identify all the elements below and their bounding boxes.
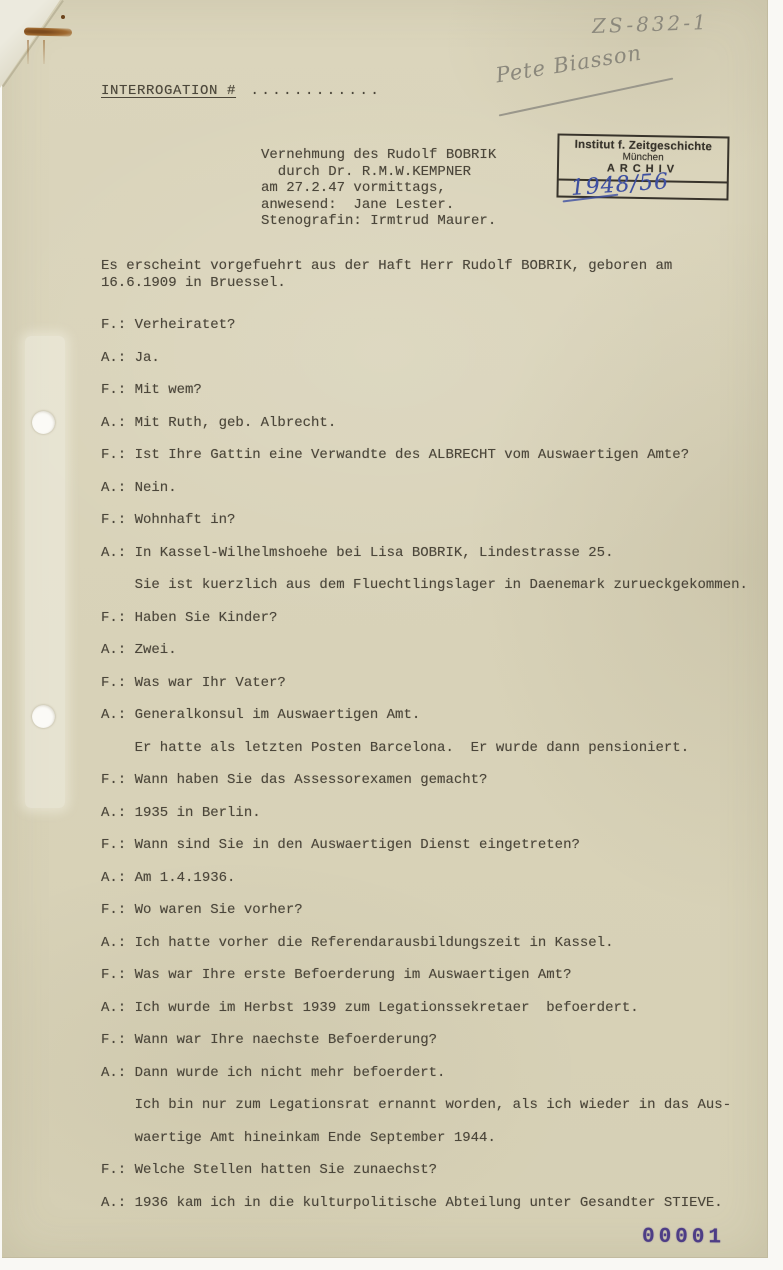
typed-line: Sie ist kuerzlich aus dem Fluechtlingsla… [101,577,748,594]
typed-line: F.: Welche Stellen hatten Sie zunaechst? [101,1162,748,1179]
typed-line: Ich bin nur zum Legationsrat ernannt wor… [101,1097,748,1114]
document-heading: INTERROGATION # ............ [101,83,381,99]
typed-line: A.: Ich wurde im Herbst 1939 zum Legatio… [101,1000,748,1017]
typed-line: F.: Haben Sie Kinder? [101,610,748,627]
header-line: durch Dr. R.M.W.KEMPNER [261,164,496,181]
typed-line: A.: Ich hatte vorher die Referendarausbi… [101,935,748,952]
typed-line: Er hatte als letzten Posten Barcelona. E… [101,740,748,757]
typed-line: waertige Amt hineinkam Ende September 19… [101,1130,748,1147]
rust-drip [43,40,45,64]
typed-line: F.: Wann war Ihre naechste Befoerderung? [101,1032,748,1049]
archive-stamp: Institut f. Zeitgeschichte München ARCHI… [556,134,729,201]
typed-line: A.: Mit Ruth, geb. Albrecht. [101,415,748,432]
typed-line: F.: Verheiratet? [101,317,748,334]
heading-label: INTERROGATION # [101,83,236,99]
archive-ref-handwritten: ZS-832-1 [592,10,710,38]
scanned-document-page: ZS-832-1 Pete Biasson INTERROGATION # ..… [0,0,783,1270]
header-block: Vernehmung des Rudolf BOBRIK durch Dr. R… [261,147,496,230]
typed-line: 16.6.1909 in Bruessel. [101,275,748,292]
rust-drip [27,40,29,64]
rust-dot [61,15,65,19]
qa-lines: F.: Verheiratet?A.: Ja.F.: Mit wem?A.: M… [101,317,748,1212]
typed-line: A.: In Kassel-Wilhelmshoehe bei Lisa BOB… [101,545,748,562]
stamp-number-handwritten: 1948/56 [570,169,670,201]
typed-line: F.: Was war Ihre erste Befoerderung im A… [101,967,748,984]
heading-dots: ............ [250,83,381,99]
typed-line: A.: Zwei. [101,642,748,659]
tape-strip [25,336,65,808]
typed-line: A.: Ja. [101,350,748,367]
typed-line: A.: 1936 kam ich in die kulturpolitische… [101,1195,748,1212]
typed-line: F.: Wohnhaft in? [101,512,748,529]
document-body: Es erscheint vorgefuehrt aus der Haft He… [101,258,748,1212]
header-line: Stenografin: Irmtrud Maurer. [261,213,496,230]
hole-punch-bottom [32,705,55,728]
typed-line: A.: Nein. [101,480,748,497]
typed-line: F.: Wann haben Sie das Assessorexamen ge… [101,772,748,789]
typed-line: F.: Ist Ihre Gattin eine Verwandte des A… [101,447,748,464]
intro-paragraph: Es erscheint vorgefuehrt aus der Haft He… [101,258,748,292]
typed-line: F.: Wo waren Sie vorher? [101,902,748,919]
typed-line: A.: Dann wurde ich nicht mehr befoerdert… [101,1065,748,1082]
typed-line: F.: Wann sind Sie in den Auswaertigen Di… [101,837,748,854]
page-number-stamp: 00001 [642,1226,725,1250]
hole-punch-top [32,411,55,434]
header-line: Vernehmung des Rudolf BOBRIK [261,147,496,164]
header-line: anwesend: Jane Lester. [261,197,496,214]
typed-line: A.: Am 1.4.1936. [101,870,748,887]
typed-line: F.: Mit wem? [101,382,748,399]
header-line: am 27.2.47 vormittags, [261,180,496,197]
typed-line: Es erscheint vorgefuehrt aus der Haft He… [101,258,748,275]
rust-stain [24,27,72,36]
typed-line: A.: Generalkonsul im Auswaertigen Amt. [101,707,748,724]
typed-line: F.: Was war Ihr Vater? [101,675,748,692]
typed-line: A.: 1935 in Berlin. [101,805,748,822]
